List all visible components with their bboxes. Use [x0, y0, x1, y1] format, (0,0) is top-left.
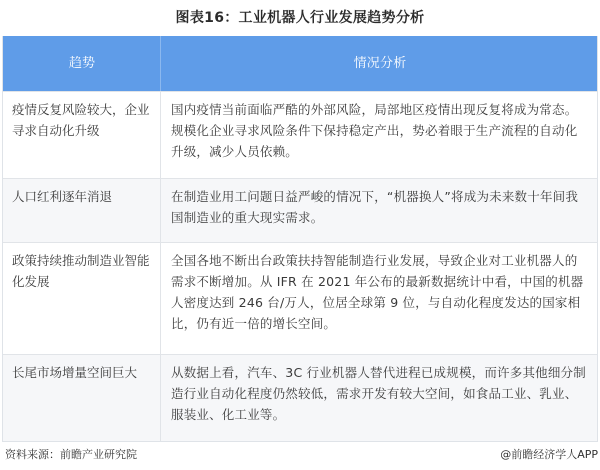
table-row: 长尾市场增量空间巨大 从数据上看，汽车、3C 行业机器人替代进程已成规模，而许多…: [3, 354, 597, 441]
credit-watermark: @前瞻经济学人APP: [500, 446, 598, 462]
source-note: 资料来源：前瞻产业研究院: [5, 446, 137, 462]
table-row: 疫情反复风险较大，企业寻求自动化升级 国内疫情当前面临严酷的外部风险，局部地区疫…: [3, 91, 597, 178]
trend-cell: 人口红利逐年消退: [3, 179, 161, 242]
analysis-cell: 从数据上看，汽车、3C 行业机器人替代进程已成规模，而许多其他细分制造行业自动化…: [161, 355, 597, 441]
analysis-cell: 国内疫情当前面临严酷的外部风险，局部地区疫情出现反复将成为常态。规模化企业寻求风…: [161, 92, 597, 178]
trend-analysis-table: 趋势 情况分析 疫情反复风险较大，企业寻求自动化升级 国内疫情当前面临严酷的外部…: [2, 36, 598, 442]
analysis-cell: 在制造业用工问题日益严峻的情况下，“机器换人”将成为未来数十年间我国制造业的重大…: [161, 179, 597, 242]
table-header-row: 趋势 情况分析: [3, 36, 597, 91]
header-trend: 趋势: [3, 36, 161, 91]
trend-cell: 政策持续推动制造业智能化发展: [3, 243, 161, 354]
table-row: 人口红利逐年消退 在制造业用工问题日益严峻的情况下，“机器换人”将成为未来数十年…: [3, 178, 597, 242]
analysis-cell: 全国各地不断出台政策扶持智能制造行业发展，导致企业对工业机器人的需求不断增加。从…: [161, 243, 597, 354]
figure-title: 图表16：工业机器人行业发展趋势分析: [0, 7, 600, 27]
trend-cell: 长尾市场增量空间巨大: [3, 355, 161, 441]
trend-cell: 疫情反复风险较大，企业寻求自动化升级: [3, 92, 161, 178]
header-analysis: 情况分析: [161, 36, 597, 91]
table-row: 政策持续推动制造业智能化发展 全国各地不断出台政策扶持智能制造行业发展，导致企业…: [3, 242, 597, 354]
